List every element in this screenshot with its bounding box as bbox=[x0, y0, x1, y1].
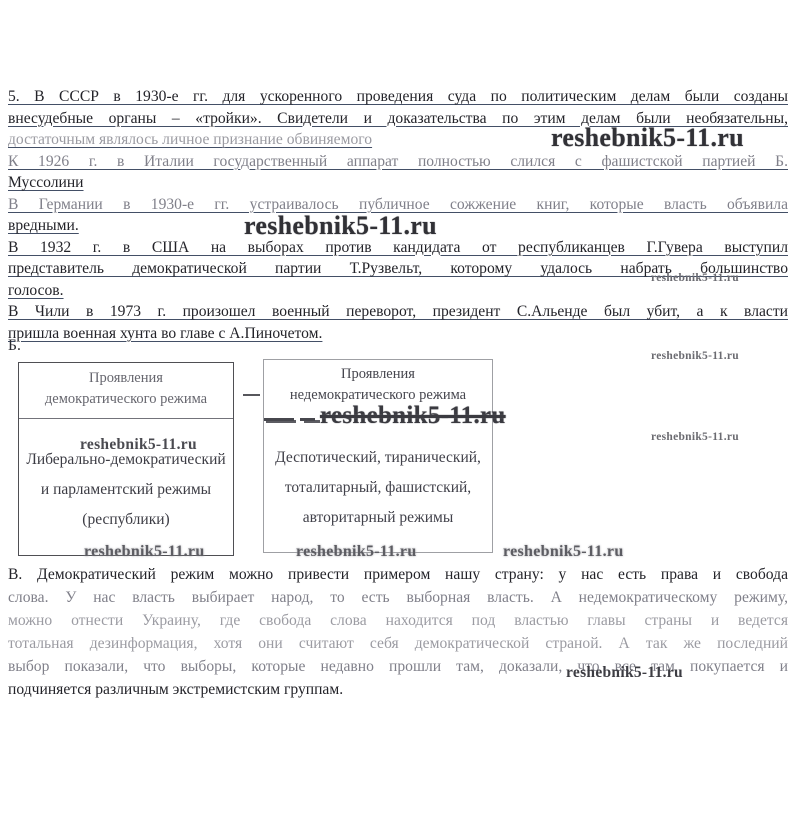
cell-line: авторитарный режимы bbox=[264, 503, 492, 533]
text-line: В. Демократический режим можно привести … bbox=[8, 563, 788, 586]
between-boxes-dash bbox=[243, 394, 260, 396]
text-line: пришла военная хунта во главе с А.Пиноче… bbox=[8, 323, 788, 345]
watermark: reshebnik5-11.ru bbox=[651, 272, 739, 284]
header-line: Проявления bbox=[19, 368, 233, 389]
watermark: reshebnik5-11.ru bbox=[320, 402, 506, 430]
watermark: reshebnik5-11.ru bbox=[651, 350, 739, 362]
column-body: Деспотический, тиранический, тоталитарны… bbox=[264, 443, 492, 533]
watermark: reshebnik5-11.ru bbox=[503, 543, 624, 561]
text-line: можно отнести Украину, где свобода слова… bbox=[8, 609, 788, 632]
watermark: reshebnik5-11.ru bbox=[296, 543, 417, 561]
watermark: reshebnik5-11.ru bbox=[551, 123, 744, 153]
watermark: reshebnik5-11.ru bbox=[244, 211, 437, 241]
text-line: тотальная дезинформация, хотя они считаю… bbox=[8, 632, 788, 655]
cell-line: тоталитарный, фашистский, bbox=[264, 473, 492, 503]
section-label-b: Б. bbox=[8, 337, 21, 355]
cell-line: Деспотический, тиранический, bbox=[264, 443, 492, 473]
header-line: Проявления bbox=[264, 364, 492, 385]
column-header: Проявления демократического режима bbox=[19, 363, 233, 410]
header-line: демократического режима bbox=[19, 389, 233, 410]
document-page: 5. В СССР в 1930-е гг. для ускоренного п… bbox=[0, 0, 805, 818]
strikethrough-dash bbox=[300, 418, 315, 421]
column-body: Либерально-демократический и парламентск… bbox=[19, 445, 233, 535]
column-header: Проявления недемократического режима bbox=[264, 360, 492, 406]
cell-line: (республики) bbox=[19, 505, 233, 535]
cell-line: и парламентский режимы bbox=[19, 475, 233, 505]
text-line: 5. В СССР в 1930-е гг. для ускоренного п… bbox=[8, 86, 788, 108]
watermark: reshebnik5-11.ru bbox=[84, 543, 205, 561]
table-nondemocratic-column: Проявления недемократического режима Дес… bbox=[263, 359, 493, 553]
watermark: reshebnik5-11.ru bbox=[566, 664, 683, 682]
text-line: К 1926 г. в Италии государственный аппар… bbox=[8, 151, 788, 173]
text-line: слова. У нас власть выбирает народ, то е… bbox=[8, 586, 788, 609]
strikethrough-dash bbox=[264, 418, 294, 421]
watermark: reshebnik5-11.ru bbox=[651, 431, 739, 443]
text-line: Муссолини bbox=[8, 172, 788, 194]
text-line: В Чили в 1973 г. произошел военный перев… bbox=[8, 301, 788, 323]
header-divider-line bbox=[19, 418, 233, 419]
watermark: reshebnik5-11.ru bbox=[80, 436, 197, 454]
table-democratic-column: Проявления демократического режима Либер… bbox=[18, 362, 234, 556]
